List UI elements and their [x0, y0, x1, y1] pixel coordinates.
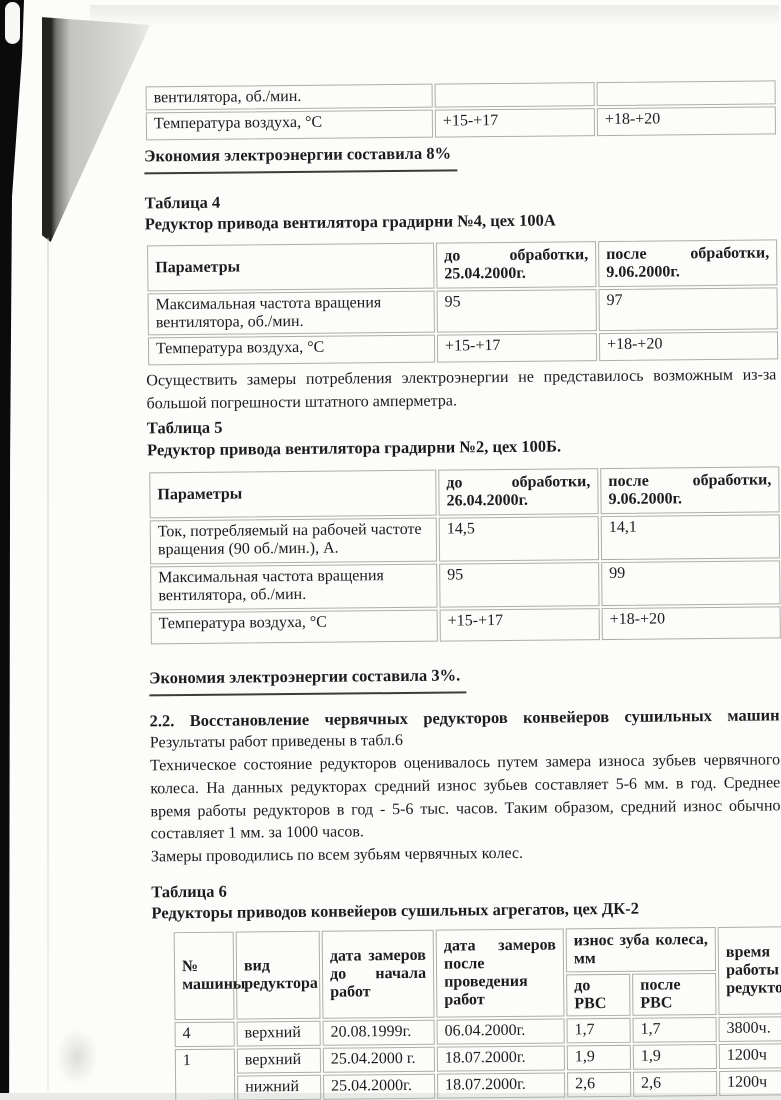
header-word: обработки, — [509, 246, 588, 265]
table-row: вентилятора, об./мин. — [146, 80, 776, 110]
note-paragraph: Осуществить замеры потребления электроэн… — [146, 364, 776, 415]
energy-savings-3-note: Экономия электроэнергии составила 3%. — [149, 666, 466, 697]
table-header-cell: вид редуктора — [236, 930, 321, 1019]
continuation-table: вентилятора, об./мин. Температура воздух… — [144, 78, 779, 142]
table-cell: 20.08.1999г. — [323, 1019, 435, 1045]
table-header-cell: до РВС — [566, 973, 630, 1016]
table-cell: +15-+17 — [440, 608, 600, 642]
table-header-cell: время работы редуктора — [718, 926, 781, 1015]
table-cell: +18-+20 — [599, 331, 778, 361]
table-header-cell: послеобработки, 9.06.2000г. — [600, 467, 779, 515]
table-cell: Ток, потребляемый на рабочей частоте вра… — [150, 518, 437, 565]
table-cell: 1200ч — [719, 1043, 781, 1069]
table-cell: 1,9 — [633, 1044, 717, 1070]
table-5-caption: Таблица 5 Редуктор привода вентилятора г… — [147, 412, 777, 461]
table-cell: Температура воздуха, °С — [148, 335, 435, 366]
table-cell: 14,1 — [601, 515, 780, 561]
header-word: обработки, — [692, 472, 771, 491]
table-header-cell: дата замеров после проведения работ — [436, 928, 565, 1017]
table-cell: 95 — [439, 562, 599, 608]
table-cell — [435, 82, 595, 108]
table-cell: 3800ч. — [719, 1016, 781, 1042]
table-cell: Максимальная частота вращения вентилятор… — [150, 564, 437, 611]
table-header-cell: дата замеров до начала работ — [322, 929, 435, 1018]
table-cell: нижний — [237, 1074, 321, 1100]
header-word: обработки, — [511, 473, 590, 492]
table-cell: +18-+20 — [602, 607, 781, 641]
table-4-caption: Таблица 4 Редуктор привода вентилятора г… — [145, 186, 775, 235]
header-word: после — [606, 245, 647, 263]
table-cell: 2,6 — [633, 1071, 717, 1097]
table-header-cell: дообработки, 26.04.2000г. — [438, 468, 598, 516]
header-word: до — [444, 247, 460, 265]
table-header-cell: Параметры — [149, 470, 436, 519]
table-row: Температура воздуха, °С +15-+17 +18-+20 — [146, 106, 776, 140]
header-word: обработки, — [690, 244, 769, 263]
energy-savings-8-note: Экономия электроэнергии составила 8% — [144, 143, 457, 174]
table-header-cell: Параметры — [147, 243, 434, 292]
header-word: до — [446, 475, 462, 493]
table-header-row: Параметры дообработки, 26.04.2000г. посл… — [149, 467, 779, 519]
table-cell: 4 — [175, 1021, 235, 1047]
table-cell: Температура воздуха, °С — [146, 110, 433, 141]
table-header-row: № машины вид редуктора дата замеров до н… — [174, 926, 781, 976]
table-cell: 1,7 — [632, 1017, 716, 1043]
table-cell — [597, 80, 776, 106]
table-cell: 1,7 — [567, 1017, 631, 1043]
table-cell: +18-+20 — [597, 106, 776, 136]
table-cell: вентилятора, об./мин. — [146, 84, 433, 111]
table-cell: 1 — [175, 1048, 235, 1100]
table-header-cell: дообработки, 25.04.2000г. — [436, 241, 596, 289]
table-row: Ток, потребляемый на рабочей частоте вра… — [150, 515, 780, 565]
table-cell: 18.07.2000г. — [437, 1072, 565, 1098]
measure-line: Замеры проводились по всем зубьям червяч… — [151, 840, 781, 869]
table-cell: 14,5 — [439, 516, 599, 562]
table-cell: Температура воздуха, °С — [151, 610, 438, 645]
header-date: 25.04.2000г. — [444, 264, 588, 283]
table-5: Параметры дообработки, 26.04.2000г. посл… — [147, 465, 781, 647]
table-row: нижний 25.04.2000г. 18.07.2000г. 2,6 2,6… — [175, 1070, 781, 1100]
table-6: № машины вид редуктора дата замеров до н… — [172, 924, 781, 1100]
table-header-row: Параметры дообработки, 25.04.2000г. посл… — [147, 239, 777, 291]
table-row: Температура воздуха, °С +15-+17 +18-+20 — [151, 607, 781, 645]
table-cell: 1,9 — [567, 1044, 631, 1070]
table-cell: верхний — [237, 1047, 321, 1073]
table-cell: верхний — [237, 1020, 321, 1046]
table-header-cell: износ зуба колеса, мм — [566, 927, 716, 972]
table-row: Максимальная частота вращения вентилятор… — [148, 287, 778, 335]
document-content: вентилятора, об./мин. Температура воздух… — [0, 0, 781, 1100]
table-cell: +15-+17 — [437, 333, 597, 363]
table-4: Параметры дообработки, 25.04.2000г. посл… — [145, 237, 780, 367]
header-date: 26.04.2000г. — [446, 491, 590, 510]
table-cell: +15-+17 — [435, 108, 595, 138]
table-row: Максимальная частота вращения вентилятор… — [150, 561, 780, 611]
header-date: 9.06.2000г. — [608, 490, 771, 510]
table-row: Температура воздуха, °С +15-+17 +18-+20 — [148, 331, 778, 365]
table-row: 4 верхний 20.08.1999г. 06.04.2000г. 1,7 … — [175, 1016, 781, 1047]
table-row: 1 верхний 25.04.2000 г. 18.07.2000г. 1,9… — [175, 1043, 781, 1074]
scanned-document-page: вентилятора, об./мин. Температура воздух… — [0, 0, 781, 1100]
table-cell: 2,6 — [567, 1071, 631, 1097]
header-word: после — [608, 473, 649, 491]
table-cell: Максимальная частота вращения вентилятор… — [148, 291, 435, 336]
table-header-cell: послеобработки, 9.06.2000г. — [598, 239, 777, 287]
table-header-cell: после РВС — [632, 973, 716, 1016]
table-header-cell: № машины — [174, 931, 235, 1020]
table-cell: 06.04.2000г. — [437, 1018, 565, 1044]
table-cell: 99 — [601, 561, 780, 607]
table-cell: 18.07.2000г. — [437, 1045, 565, 1071]
header-date: 9.06.2000г. — [606, 262, 769, 282]
table-cell: 25.04.2000г. — [323, 1073, 435, 1099]
table-6-caption: Таблица 6 Редукторы приводов конвейеров … — [151, 875, 781, 924]
table-cell: 1200ч — [719, 1070, 781, 1096]
wear-paragraph: Техническое состояние редукторов оценива… — [150, 750, 781, 847]
table-cell: 95 — [437, 289, 597, 333]
table-cell: 25.04.2000 г. — [323, 1046, 435, 1072]
table-cell: 97 — [599, 287, 778, 331]
